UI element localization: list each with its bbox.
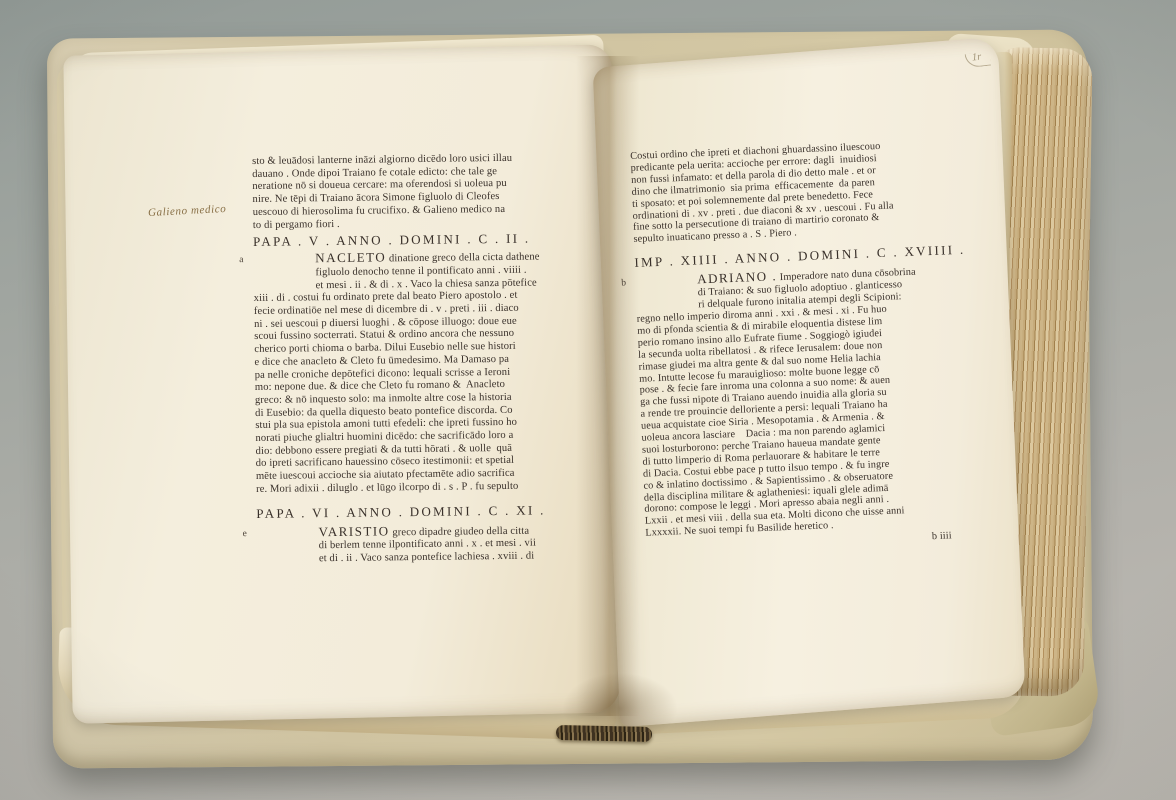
left-top-passage: sto & leuādosi lanterne ināzi algiorno d… — [252, 152, 565, 232]
right-page-text: Costui ordino che ipreti et diachoni ghu… — [630, 138, 964, 555]
emperor-entry-hadrian: b ADRIANO . Imperadore nato duna cōsobri… — [635, 263, 963, 539]
entry-name: VARISTIO — [318, 523, 389, 539]
body-lines: xiii . di . costui fu ordinato prete dal… — [254, 290, 568, 497]
pope-entry-anacletus: a NACLETO dinatione greco della cicta da… — [253, 249, 568, 496]
folio-inscription: 1r — [971, 52, 981, 64]
papa-vi-heading: PAPA . VI . ANNO . DOMINI . C . XI . — [256, 502, 568, 521]
text-line: re. Mori adixii . diluglo . et lūgo ilco… — [256, 480, 568, 497]
book-photograph: sto & leuādosi lanterne ināzi algiorno d… — [0, 0, 1176, 800]
binding-stitches — [556, 725, 652, 742]
guide-letter-b: b — [621, 279, 626, 289]
body-lines: regno nello imperio diroma anni . xxi . … — [637, 301, 964, 540]
papa-v-heading: PAPA . V . ANNO . DOMINI . C . II . — [253, 230, 565, 249]
indented-lines: figluolo denocho tenne il pontificato an… — [253, 264, 565, 293]
right-top-passage: Costui ordino che ipreti et diachoni ghu… — [630, 138, 952, 246]
pope-entry-evaristus: e VARISTIO greco dipadre giudeo della ci… — [257, 523, 569, 567]
first-line-text: greco dipadre giudeo della citta — [390, 525, 530, 538]
indented-lines: di berlem tenne ilpontificato anni . x .… — [257, 537, 569, 566]
guide-letter-a: a — [239, 255, 243, 265]
guide-letter-e: e — [243, 529, 247, 539]
left-page-text: sto & leuādosi lanterne ināzi algiorno d… — [252, 152, 569, 566]
entry-name: NACLETO — [315, 250, 386, 266]
first-line-text: dinatione greco della cicta dathene — [386, 252, 539, 265]
